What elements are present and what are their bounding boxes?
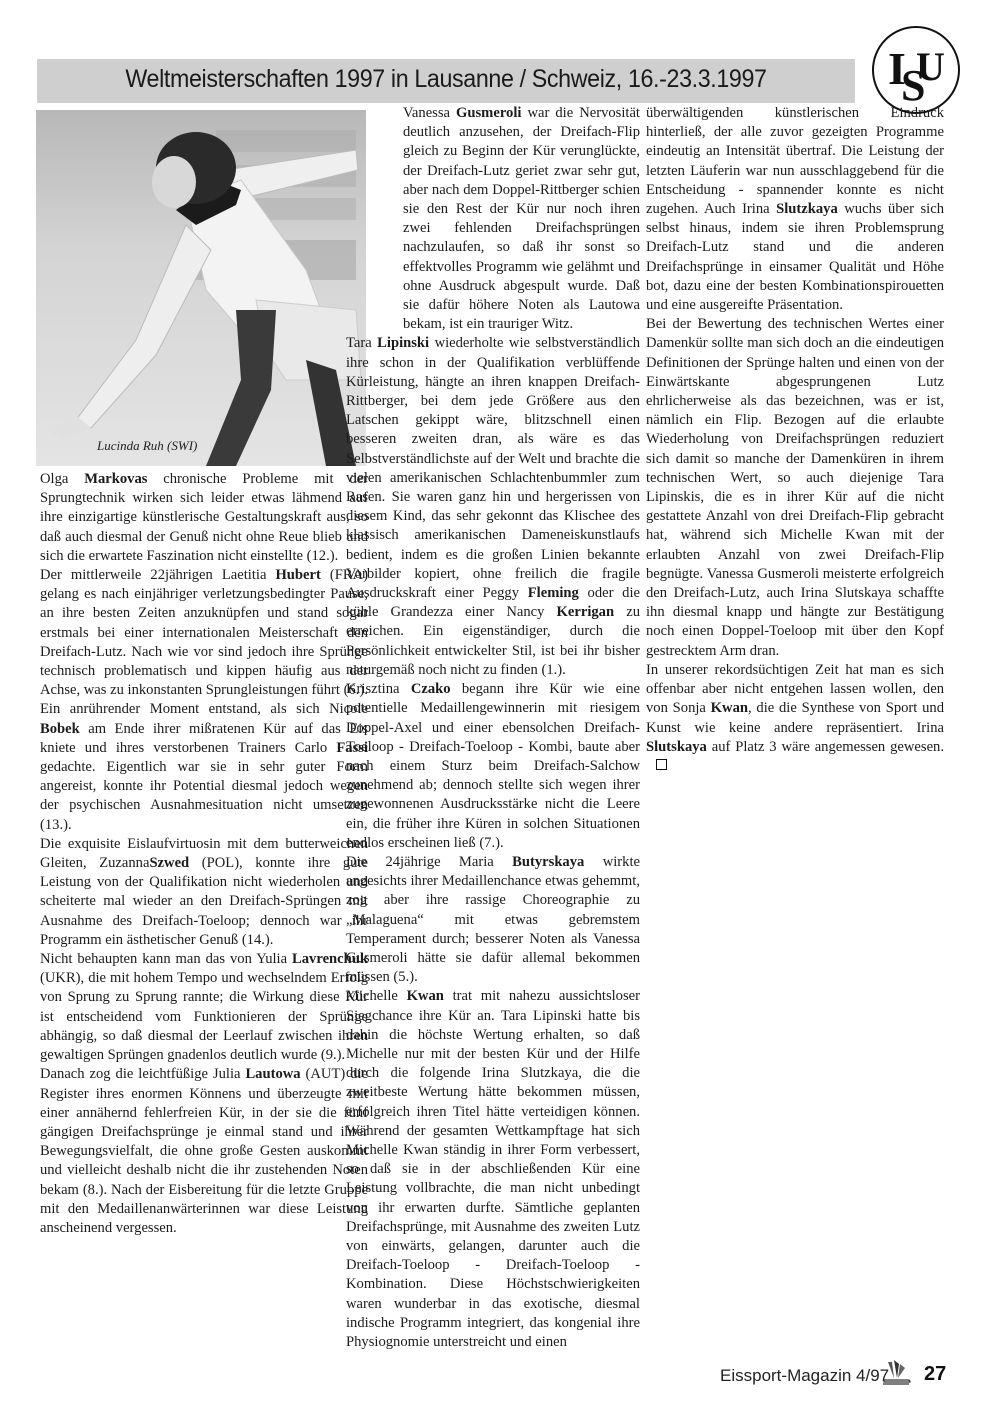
paragraph: Danach zog die leichtfüßige Julia Lautow… bbox=[40, 1065, 368, 1238]
header-band: Weltmeisterschaften 1997 in Lausanne / S… bbox=[37, 59, 855, 103]
paragraph: Michelle Kwan trat mit nahezu aussichtsl… bbox=[346, 987, 640, 1352]
paragraph: Die 24jährige Maria Butyrskaya wirkte an… bbox=[346, 853, 640, 987]
end-of-article-icon bbox=[656, 759, 667, 770]
paragraph: Olga Markovas chronische Probleme mit de… bbox=[40, 470, 368, 566]
isu-logo-icon: I S U bbox=[872, 26, 960, 114]
skater-photo bbox=[36, 110, 366, 466]
page-title: Weltmeisterschaften 1997 in Lausanne / S… bbox=[66, 65, 827, 94]
paragraph: Krisztina Czako begann ihre Kür wie eine… bbox=[346, 680, 640, 853]
paragraph: Tara Lipinski wiederholte wie selbstvers… bbox=[346, 334, 640, 680]
paragraph: Vanessa Gusmeroli war die Nervosität deu… bbox=[403, 104, 640, 334]
paragraph: Bei der Bewertung des technischen Wertes… bbox=[646, 315, 944, 661]
skate-logo-icon bbox=[878, 1358, 914, 1388]
paragraph: Ein anrührender Moment entstand, als sic… bbox=[40, 700, 368, 834]
paragraph: Nicht behaupten kann man das von Yulia L… bbox=[40, 950, 368, 1065]
svg-text:U: U bbox=[916, 44, 945, 89]
photo-caption: Lucinda Ruh (SWI) bbox=[97, 438, 197, 454]
paragraph: überwältigenden künstlerischen Eindruck … bbox=[646, 104, 944, 315]
paragraph: In unserer rekordsüchtigen Zeit hat man … bbox=[646, 661, 944, 776]
article-column-3: überwältigenden künstlerischen Eindruck … bbox=[646, 104, 944, 776]
page-footer: Eissport-Magazin 4/97 27 bbox=[0, 1358, 1000, 1388]
article-column-2: Vanessa Gusmeroli war die Nervosität deu… bbox=[346, 104, 640, 1352]
magazine-issue: Eissport-Magazin 4/97 bbox=[720, 1366, 889, 1386]
page-number: 27 bbox=[924, 1363, 946, 1386]
article-column-1: Olga Markovas chronische Probleme mit de… bbox=[40, 470, 368, 1238]
paragraph: Die exquisite Eislaufvirtuosin mit dem b… bbox=[40, 835, 368, 950]
paragraph: Der mittlerweile 22jährigen Laetitia Hub… bbox=[40, 566, 368, 700]
